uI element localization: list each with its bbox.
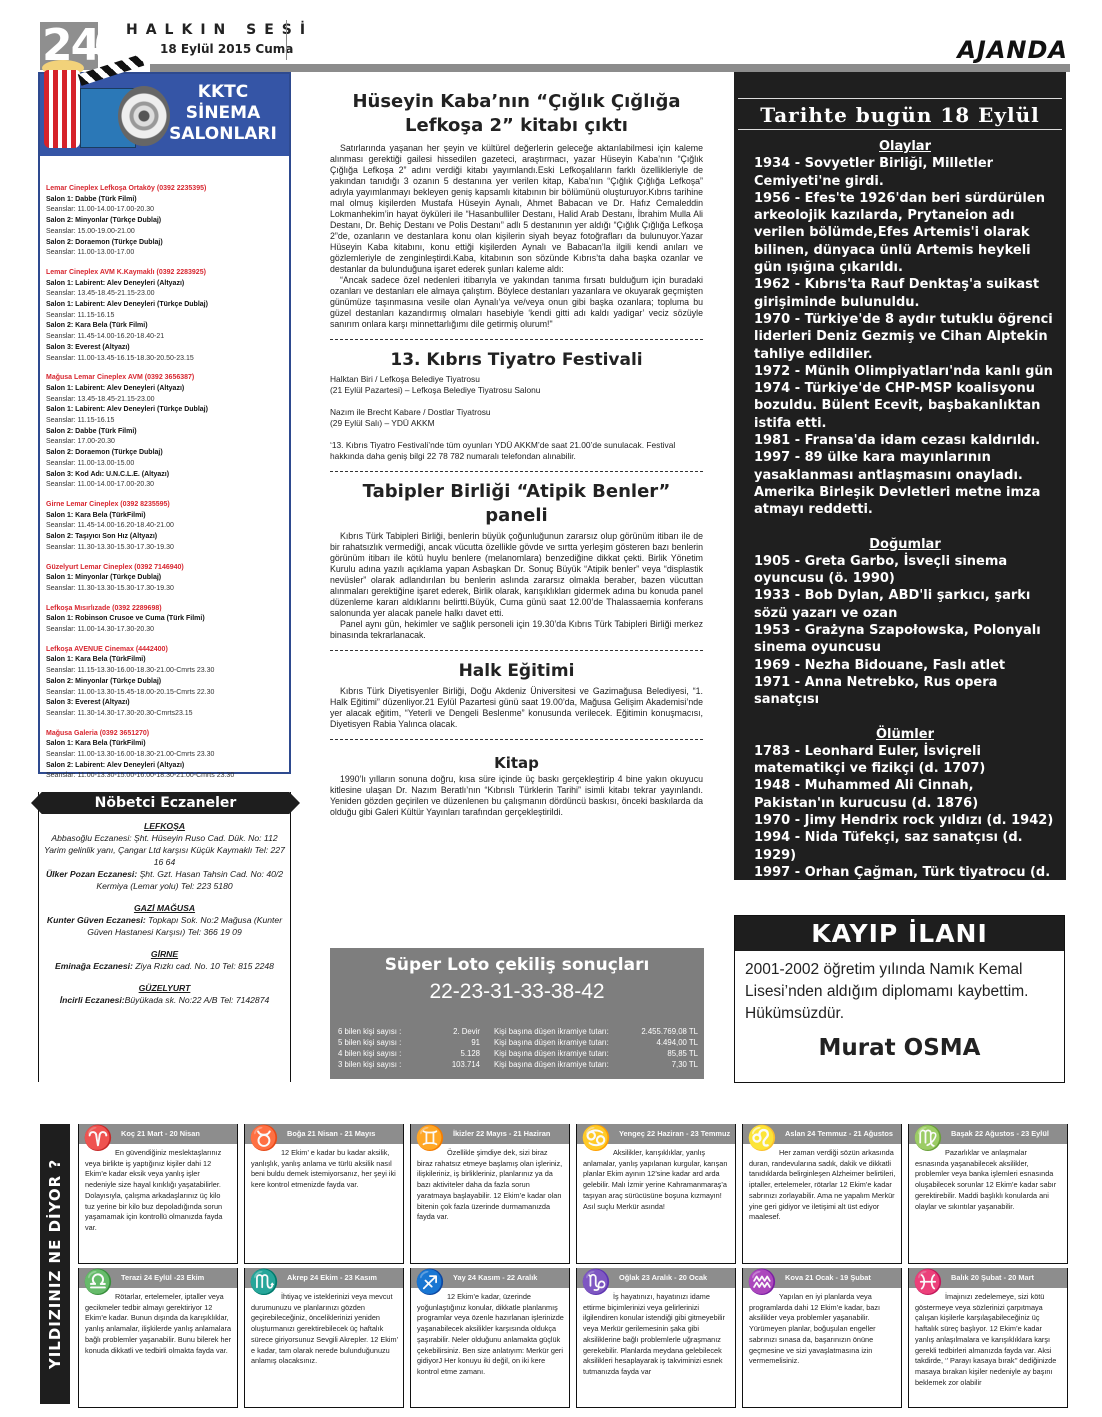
theater-block: Mağusa Galeria (0392 3651270)Salon 1: Ka… xyxy=(46,729,285,783)
lotto-numbers: 22-23-31-33-38-42 xyxy=(330,978,704,1006)
horoscope-sign-text: Her zaman verdiği sözün arkasında duran,… xyxy=(743,1144,901,1223)
on-this-day-box: Tarihte bugün 18 Eylül Olaylar1934 - Sov… xyxy=(734,72,1066,880)
virgo-icon: ♍ xyxy=(913,1124,943,1154)
middle-column: Hüseyin Kaba’nın “Çığlık Çığlığa Lefkoşa… xyxy=(330,90,703,818)
article-body-education: Kıbrıs Türk Diyetisyenler Birliği, Doğu … xyxy=(330,686,703,730)
showtimes: Seanslar: 11.30-14.30-17.30-20.30-Cmrts2… xyxy=(46,709,285,720)
theater-block: Lemar Cineplex Lefkoşa Ortaköy (0392 223… xyxy=(46,184,285,259)
history-item: 1953 - Grażyna Szapołowska, Polonyalı si… xyxy=(754,622,1056,657)
article-body-doctors: Kıbrıs Türk Tabipleri Birliği, benlerin … xyxy=(330,531,703,641)
salon-title: Salon 1: Labirent: Alev Deneyleri (Altya… xyxy=(46,384,285,395)
pharmacy-entry: Kunter Güven Eczanesi: Topkapı Sok. No:2… xyxy=(43,914,286,938)
lost-notice-body: 2001-2002 öğretim yılında Namık Kemal Li… xyxy=(735,951,1064,1025)
newspaper-name: HALKIN SESİ xyxy=(126,22,313,38)
horoscope-sign: ♎Terazi 24 Eylül -23 EkimRötarlar, ertel… xyxy=(78,1268,238,1408)
horoscope-sign-text: 12 Ekim’e kadar, üzerinde yoğunlaştığını… xyxy=(411,1288,569,1378)
on-this-day-title: Tarihte bugün 18 Eylül xyxy=(738,98,1062,130)
horoscope-sign-text: Pazarlıklar ve anlaşmalar esnasında yaşa… xyxy=(909,1144,1067,1212)
theater-name: Girne Lemar Cineplex (0392 8235595) xyxy=(46,500,285,511)
theater-block: Güzelyurt Lemar Cineplex (0392 7146940)S… xyxy=(46,563,285,595)
paragraph: Kıbrıs Türk Tabipleri Birliği, benlerin … xyxy=(330,531,703,619)
salon-title: Salon 1: Robinson Crusoe ve Cuma (Türk F… xyxy=(46,614,285,625)
horoscope-sign: ♋Yengeç 22 Haziran - 23 TemmuzAksilikler… xyxy=(576,1124,736,1264)
showtimes: Seanslar: 17.00-20.30 xyxy=(46,437,285,448)
article-title-theatre: 13. Kıbrıs Tiyatro Festivali xyxy=(330,348,703,372)
lost-notice-title: KAYIP İLANI xyxy=(735,916,1064,951)
leo-icon: ♌ xyxy=(747,1124,777,1154)
horoscope-sign: ♓Balık 20 Şubat - 20 Martİmajınızı zedel… xyxy=(908,1268,1068,1408)
showtimes: Seanslar: 11.15-13.30-16.00-18.30-21.00-… xyxy=(46,666,285,677)
pharmacy-name: İncirli Eczanesi: xyxy=(60,995,125,1005)
salon-title: Salon 1: Kara Bela (TürkFilmi) xyxy=(46,739,285,750)
horoscope-sign-text: Özellikle şimdiye dek, sizi biraz biraz … xyxy=(411,1144,569,1223)
salon-title: Salon 1: Labirent: Alev Deneyleri (Türkç… xyxy=(46,405,285,416)
article-title-book: Hüseyin Kaba’nın “Çığlık Çığlığa Lefkoşa… xyxy=(330,90,703,138)
history-item: 1974 - Türkiye'de CHP-MSP koalisyonu boz… xyxy=(754,380,1056,432)
history-item: 1997 - Orhan Çağman, Türk tiyatrocu (d. … xyxy=(754,864,1056,899)
header-divider xyxy=(286,20,287,60)
horoscope-sign: ♐Yay 24 Kasım - 22 Aralık12 Ekim’e kadar… xyxy=(410,1268,570,1408)
horoscope-sign-text: İş hayatınızı, hayatınızı idame ettirme … xyxy=(577,1288,735,1378)
section-title: AJANDA xyxy=(957,36,1068,64)
horoscope-grid: ♈Koç 21 Mart - 20 NisanEn güvendiğiniz m… xyxy=(78,1124,1068,1414)
salon-title: Salon 3: Everest (Altyazı) xyxy=(46,698,285,709)
salon-title: Salon 1: Kara Bela (TürkFilmi) xyxy=(46,655,285,666)
horoscope-sign: ♌Aslan 24 Temmuz - 21 AğustosHer zaman v… xyxy=(742,1124,902,1264)
text-line: ‘13. Kıbrıs Tiyatro Festivali’nde tüm oy… xyxy=(330,440,703,462)
lotto-row-prize-label: Kişi başına düşen ikramiye tutarı: xyxy=(480,1037,620,1048)
history-item: 1971 - Anna Netrebko, Rus opera sanatçıs… xyxy=(754,674,1056,709)
pharmacies-title: Nöbetci Eczaneler xyxy=(31,792,300,814)
theater-name: Mağusa Galeria (0392 3651270) xyxy=(46,729,285,740)
salon-title: Salon 2: Kara Bela (Türk Filmi) xyxy=(46,321,285,332)
history-item: 1981 - Fransa'da idam cezası kaldırıldı. xyxy=(754,432,1056,449)
horoscope-sign-text: Rötarlar, ertelemeler, iptaller veya gec… xyxy=(79,1288,237,1356)
salon-title: Salon 3: Kod Adı: U.N.C.L.E. (Altyazı) xyxy=(46,470,285,481)
theater-block: Lemar Cineplex AVM K.Kaymaklı (0392 2283… xyxy=(46,268,285,364)
lotto-row: 6 bilen kişi sayısı : 2. Devir Kişi başı… xyxy=(338,1026,698,1037)
pharmacy-region: GİRNE xyxy=(43,948,286,960)
theater-block: Lefkoşa Mısırlızade (0392 2289698)Salon … xyxy=(46,604,285,636)
lotto-row-prize: 2.455.769,08 TL xyxy=(620,1026,698,1037)
horoscope-side-banner: YILDIZINIZ NE DİYOR ? xyxy=(40,1124,70,1404)
lotto-row-label: 4 bilen kişi sayısı : xyxy=(338,1048,428,1059)
article-body-book: Satırlarında yaşanan her şeyin ve kültür… xyxy=(330,143,703,330)
cinema-title: KKTC SİNEMA SALONLARI xyxy=(163,82,283,145)
pharmacy-address: Ziya Rızkı cad. No. 10 Tel: 815 2248 xyxy=(133,961,274,971)
history-item: 1948 - Muhammed Ali Cinnah, Pakistan'ın … xyxy=(754,777,1056,812)
showtimes: Seanslar: 11.45-14.00-16.20-18.40-21 xyxy=(46,332,285,343)
dashed-divider xyxy=(330,739,703,740)
gemini-icon: ♊ xyxy=(415,1124,445,1154)
history-item: 1934 - Sovyetler Birliği, Milletler Cemi… xyxy=(754,155,1056,190)
salon-title: Salon 1: Kara Bela (TürkFilmi) xyxy=(46,511,285,522)
pharmacy-region: GAZİ MAĞUSA xyxy=(43,902,286,914)
lotto-row: 3 bilen kişi sayısı : 103.714 Kişi başın… xyxy=(338,1059,698,1070)
lotto-row-count: 103.714 xyxy=(428,1059,480,1070)
pharmacies-list: LEFKOŞAAbbasoğlu Eczanesi: Şht. Hüseyin … xyxy=(43,820,286,1006)
text-line: (29 Eylül Salı) – YDÜ AKKM xyxy=(330,418,703,429)
article-body-book2: 1990’lı yılların sonuna doğru, kısa süre… xyxy=(330,774,703,818)
text-line: (21 Eylül Pazartesi) – Lefkoşa Belediye … xyxy=(330,385,703,396)
history-section-title: Ölümler xyxy=(754,726,1056,743)
history-item: 1970 - Türkiye'de 8 aydır tutuklu öğrenc… xyxy=(754,311,1056,363)
capricorn-icon: ♑ xyxy=(581,1268,611,1298)
theater-name: Lefkoşa Mısırlızade (0392 2289698) xyxy=(46,604,285,615)
showtimes: Seanslar: 11.15-16.15 xyxy=(46,311,285,322)
dashed-divider xyxy=(330,339,703,340)
paragraph: “Ancak sadece özel nedenleri itibarıyla … xyxy=(330,275,703,330)
dashed-divider xyxy=(330,650,703,651)
theater-name: Güzelyurt Lemar Cineplex (0392 7146940) xyxy=(46,563,285,574)
history-item: 1969 - Nezha Bidouane, Faslı atlet xyxy=(754,657,1056,674)
showtimes: Seanslar: 13.45-18.45-21.15-23.00 xyxy=(46,289,285,300)
pharmacy-address: Abbasoğlu Eczanesi: Şht. Hüseyin Ruso Ca… xyxy=(44,833,285,867)
history-item: 1933 - Bob Dylan, ABD'li şarkıcı, şarkı … xyxy=(754,587,1056,622)
salon-title: Salon 1: Labirent: Alev Deneyleri (Türkç… xyxy=(46,300,285,311)
issue-date: 18 Eylül 2015 Cuma xyxy=(160,42,293,56)
cancer-icon: ♋ xyxy=(581,1124,611,1154)
article-body-theatre: Halktan Biri / Lefkoşa Belediye Tiyatros… xyxy=(330,374,703,462)
lotto-results: Süper Loto çekiliş sonuçları 22-23-31-33… xyxy=(330,948,704,1079)
history-item: 1997 - 89 ülke kara mayınlarının yasakla… xyxy=(754,449,1056,518)
showtimes: Seanslar: 11.00-13.45-16.15-18.30-20.50-… xyxy=(46,354,285,365)
pharmacy-address: Büyükada sk. No:22 A/B Tel: 7142874 xyxy=(125,995,270,1005)
history-item: 1962 - Kıbrıs'ta Rauf Denktaş'a suikast … xyxy=(754,276,1056,311)
showtimes: Seanslar: 11.00-14.30-17.30-20.30 xyxy=(46,625,285,636)
pharmacy-name: Ülker Pozan Eczanesi: xyxy=(46,869,137,879)
salon-title: Salon 1: Minyonlar (Türkçe Dublaj) xyxy=(46,573,285,584)
text-line: Halktan Biri / Lefkoşa Belediye Tiyatros… xyxy=(330,374,703,385)
horoscope-sign: ♒Kova 21 Ocak - 19 ŞubatYapılan en iyi p… xyxy=(742,1268,902,1408)
aries-icon: ♈ xyxy=(83,1124,113,1154)
pharmacy-name: Kunter Güven Eczanesi: xyxy=(47,915,146,925)
pharmacies-box: Nöbetci Eczaneler LEFKOŞAAbbasoğlu Eczan… xyxy=(38,792,291,1082)
showtimes: Seanslar: 11.00-13.00-17.00 xyxy=(46,248,285,259)
theater-name: Mağusa Lemar Cineplex AVM (0392 3656387) xyxy=(46,373,285,384)
text-line: Nazım ile Brecht Kabare / Dostlar Tiyatr… xyxy=(330,407,703,418)
spacer xyxy=(330,396,703,407)
aquarius-icon: ♒ xyxy=(747,1268,777,1298)
showtimes: Seanslar: 11.00-14.00-17.00-20.30 xyxy=(46,205,285,216)
showtimes: Seanslar: 11.00-13.30-15.45-18.00-20.15-… xyxy=(46,688,285,699)
history-item: 1956 - Efes'te 1926'dan beri sürdürülen … xyxy=(754,190,1056,276)
showtimes: Seanslar: 11.30-13.30-15.30-17.30-19.30 xyxy=(46,584,285,595)
cinema-theater-list: Lemar Cineplex Lefkoşa Ortaköy (0392 223… xyxy=(46,184,285,791)
spacer xyxy=(330,429,703,440)
lotto-row-prize: 4.494,00 TL xyxy=(620,1037,698,1048)
paragraph: Satırlarında yaşanan her şeyin ve kültür… xyxy=(330,143,703,275)
theater-block: Mağusa Lemar Cineplex AVM (0392 3656387)… xyxy=(46,373,285,491)
dashed-divider xyxy=(330,471,703,472)
paragraph: Kıbrıs Türk Diyetisyenler Birliği, Doğu … xyxy=(330,686,703,730)
showtimes: Seanslar: 11.00-14.00-17.00-20.30 xyxy=(46,480,285,491)
lotto-row-label: 5 bilen kişi sayısı : xyxy=(338,1037,428,1048)
history-item: 1905 - Greta Garbo, İsveçli sinema oyunc… xyxy=(754,553,1056,588)
pharmacy-entry: Ülker Pozan Eczanesi: Şht. Gzt. Hasan Ta… xyxy=(43,868,286,892)
taurus-icon: ♉ xyxy=(249,1124,279,1154)
lotto-row-label: 3 bilen kişi sayısı : xyxy=(338,1059,428,1070)
header-bar xyxy=(150,64,1070,72)
cinema-listings: KKTC SİNEMA SALONLARI Lemar Cineplex Lef… xyxy=(38,72,291,774)
history-item: 1994 - Nida Tüfekçi, saz sanatçısı (d. 1… xyxy=(754,829,1056,864)
lotto-row: 4 bilen kişi sayısı : 5.128 Kişi başına … xyxy=(338,1048,698,1059)
pharmacy-entry: İncirli Eczanesi:Büyükada sk. No:22 A/B … xyxy=(43,994,286,1006)
theater-name: Lemar Cineplex AVM K.Kaymaklı (0392 2283… xyxy=(46,268,285,279)
horoscope-sign-text: İmajınızı zedelemeye, sizi kötü gösterme… xyxy=(909,1288,1067,1388)
horoscope-sign: ♏Akrep 24 Ekim - 23 Kasımİhtiyaç ve iste… xyxy=(244,1268,404,1408)
lotto-row-count: 2. Devir xyxy=(428,1026,480,1037)
theater-name: Lemar Cineplex Lefkoşa Ortaköy (0392 223… xyxy=(46,184,285,195)
lotto-row-prize: 7,30 TL xyxy=(620,1059,698,1070)
showtimes: Seanslar: 11.15-16.15 xyxy=(46,416,285,427)
lost-notice: KAYIP İLANI 2001-2002 öğretim yılında Na… xyxy=(734,915,1065,1083)
theater-name: Lefkoşa AVENUE Cinemax (4442400) xyxy=(46,645,285,656)
sagittarius-icon: ♐ xyxy=(415,1268,445,1298)
history-section-title: Olaylar xyxy=(754,138,1056,155)
salon-title: Salon 1: Dabbe (Türk Filmi) xyxy=(46,195,285,206)
on-this-day-list: Olaylar1934 - Sovyetler Birliği, Milletl… xyxy=(754,138,1056,898)
lotto-title: Süper Loto çekiliş sonuçları xyxy=(330,954,704,976)
salon-title: Salon 2: Labirent: Alev Deneyleri (Altya… xyxy=(46,761,285,772)
salon-title: Salon 2: Taşıyıcı Son Hız (Altyazı) xyxy=(46,532,285,543)
article-title-doctors: Tabipler Birliği “Atipik Benler” paneli xyxy=(330,480,703,528)
showtimes: Seanslar: 11.00-13.30-15.00-16.00-18.30-… xyxy=(46,771,285,782)
salon-title: Salon 2: Doraemon (Türkçe Dublaj) xyxy=(46,238,285,249)
salon-title: Salon 2: Minyonlar (Türkçe Dublaj) xyxy=(46,677,285,688)
showtimes: Seanslar: 11.00-13.00-15.00 xyxy=(46,459,285,470)
lost-notice-signature: Murat OSMA xyxy=(735,1033,1064,1063)
scorpio-icon: ♏ xyxy=(249,1268,279,1298)
history-item: 1972 - Münih Olimpiyatları'nda kanlı gün xyxy=(754,363,1056,380)
article-title-book2: Kitap xyxy=(330,754,703,772)
theater-block: Girne Lemar Cineplex (0392 8235595)Salon… xyxy=(46,500,285,554)
article-title-education: Halk Eğitimi xyxy=(330,659,703,683)
salon-title: Salon 3: Everest (Altyazı) xyxy=(46,343,285,354)
showtimes: Seanslar: 11.45-14.00-16.20-18.40-21.00 xyxy=(46,521,285,532)
horoscope-sign-text: Aksilikler, karışıklıklar, yanlış anlama… xyxy=(577,1144,735,1212)
lotto-row-label: 6 bilen kişi sayısı : xyxy=(338,1026,428,1037)
theater-block: Lefkoşa AVENUE Cinemax (4442400)Salon 1:… xyxy=(46,645,285,720)
lotto-table: 6 bilen kişi sayısı : 2. Devir Kişi başı… xyxy=(338,1026,698,1070)
salon-title: Salon 2: Minyonlar (Türkçe Dublaj) xyxy=(46,216,285,227)
pharmacy-entry: Eminağa Eczanesi: Ziya Rızkı cad. No. 10… xyxy=(43,960,286,972)
horoscope-sign-text: En güvendiğiniz meslektaşlarınız veya bi… xyxy=(79,1144,237,1234)
history-section-title: Doğumlar xyxy=(754,536,1056,553)
horoscope-title: YILDIZINIZ NE DİYOR ? xyxy=(46,1159,64,1369)
showtimes: Seanslar: 15.00-19.00-21.00 xyxy=(46,227,285,238)
pharmacy-region: LEFKOŞA xyxy=(43,820,286,832)
horoscope-sign-text: Yapılan en iyi planlarda veya programlar… xyxy=(743,1288,901,1367)
lotto-row: 5 bilen kişi sayısı : 91 Kişi başına düş… xyxy=(338,1037,698,1048)
salon-title: Salon 2: Dabbe (Türk Filmi) xyxy=(46,427,285,438)
horoscope-sign: ♍Başak 22 Ağustos - 23 EylülPazarlıklar … xyxy=(908,1124,1068,1264)
salon-title: Salon 1: Labirent: Alev Deneyleri (Altya… xyxy=(46,279,285,290)
history-item: 1783 - Leonhard Euler, İsviçreli matemat… xyxy=(754,743,1056,778)
lotto-row-prize: 85,85 TL xyxy=(620,1048,698,1059)
history-item: 1970 - Jimy Hendrix rock yıldızı (d. 194… xyxy=(754,812,1056,829)
lotto-row-prize-label: Kişi başına düşen ikramiye tutarı: xyxy=(480,1026,620,1037)
horoscope-sign: ♊İkizler 22 Mayıs - 21 HaziranÖzellikle … xyxy=(410,1124,570,1264)
cinema-banner: KKTC SİNEMA SALONLARI xyxy=(40,74,289,156)
pisces-icon: ♓ xyxy=(913,1268,943,1298)
libra-icon: ♎ xyxy=(83,1268,113,1298)
horoscope-sign: ♉Boğa 21 Nisan - 21 Mayıs12 Ekim’ e kada… xyxy=(244,1124,404,1264)
horoscope-sign: ♑Oğlak 23 Aralık - 20 Ocakİş hayatınızı,… xyxy=(576,1268,736,1408)
paragraph: 1990’lı yılların sonuna doğru, kısa süre… xyxy=(330,774,703,818)
salon-title: Salon 2: Doraemon (Türkçe Dublaj) xyxy=(46,448,285,459)
showtimes: Seanslar: 11.00-13.30-16.00-18.30-21.00-… xyxy=(46,750,285,761)
showtimes: Seanslar: 13.45-18.45-21.15-23.00 xyxy=(46,395,285,406)
lotto-row-prize-label: Kişi başına düşen ikramiye tutarı: xyxy=(480,1059,620,1070)
horoscope-sign-text: İhtiyaç ve isteklerinizi veya mevcut dur… xyxy=(245,1288,403,1367)
lotto-row-prize-label: Kişi başına düşen ikramiye tutarı: xyxy=(480,1048,620,1059)
pharmacy-name: Eminağa Eczanesi: xyxy=(55,961,133,971)
pharmacy-entry: Abbasoğlu Eczanesi: Şht. Hüseyin Ruso Ca… xyxy=(43,832,286,868)
popcorn-icon xyxy=(44,70,80,148)
lotto-row-count: 5.128 xyxy=(428,1048,480,1059)
horoscope-sign: ♈Koç 21 Mart - 20 NisanEn güvendiğiniz m… xyxy=(78,1124,238,1264)
paragraph: Panel aynı gün, hekimler ve sağlık perso… xyxy=(330,619,703,641)
pharmacy-region: GÜZELYURT xyxy=(43,982,286,994)
lotto-row-count: 91 xyxy=(428,1037,480,1048)
showtimes: Seanslar: 11.30-13.30-15.30-17.30-19.30 xyxy=(46,543,285,554)
